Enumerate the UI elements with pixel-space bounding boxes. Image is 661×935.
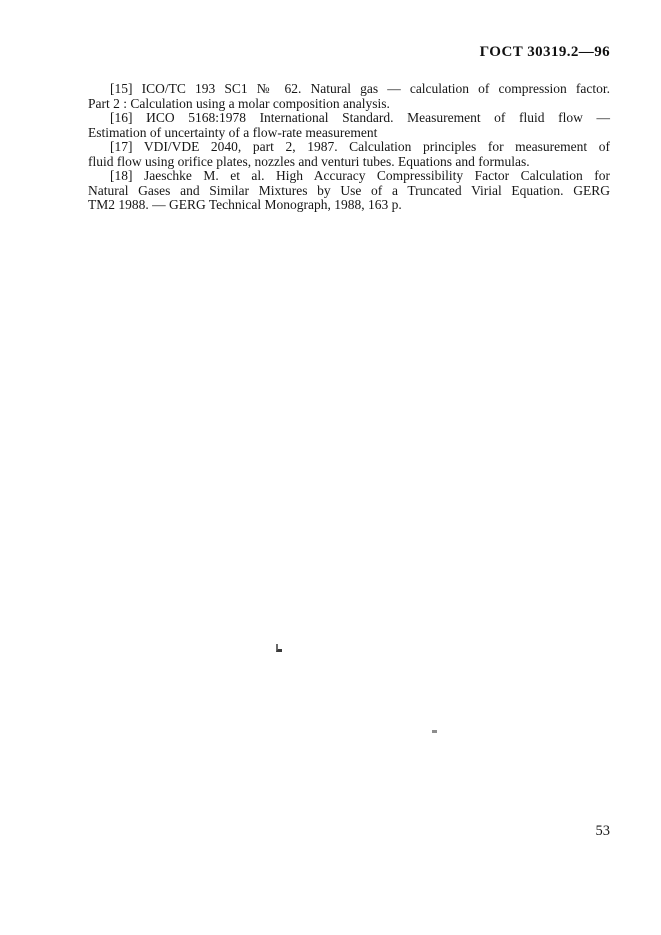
- reference-line: Natural Gases and Similar Mixtures by Us…: [88, 184, 610, 199]
- reference-line: Part 2 : Calculation using a molar compo…: [88, 97, 610, 112]
- reference-17: [17] VDI/VDE 2040, part 2, 1987. Calcula…: [88, 140, 610, 169]
- reference-18: [18] Jaeschke M. et al. High Accuracy Co…: [88, 169, 610, 213]
- reference-line: [17] VDI/VDE 2040, part 2, 1987. Calcula…: [88, 140, 610, 155]
- reference-line: fluid flow using orifice plates, nozzles…: [88, 155, 610, 170]
- standard-designation-header: ГОСТ 30319.2—96: [88, 44, 610, 61]
- bibliography-text: [15] ICO/TC 193 SC1 № 62. Natural gas — …: [88, 82, 610, 213]
- page-number: 53: [88, 823, 610, 840]
- reference-15: [15] ICO/TC 193 SC1 № 62. Natural gas — …: [88, 82, 610, 111]
- document-page: ГОСТ 30319.2—96 [15] ICO/TC 193 SC1 № 62…: [0, 0, 661, 935]
- scan-artifact-speck: [276, 644, 282, 652]
- reference-line: Estimation of uncertainty of a flow-rate…: [88, 126, 610, 141]
- reference-line: TM2 1988. — GERG Technical Monograph, 19…: [88, 198, 610, 213]
- reference-line: [16] ИСО 5168:1978 International Standar…: [88, 111, 610, 126]
- scan-artifact-speck: [432, 730, 437, 733]
- reference-line: [18] Jaeschke M. et al. High Accuracy Co…: [88, 169, 610, 184]
- reference-line: [15] ICO/TC 193 SC1 № 62. Natural gas — …: [88, 82, 610, 97]
- reference-16: [16] ИСО 5168:1978 International Standar…: [88, 111, 610, 140]
